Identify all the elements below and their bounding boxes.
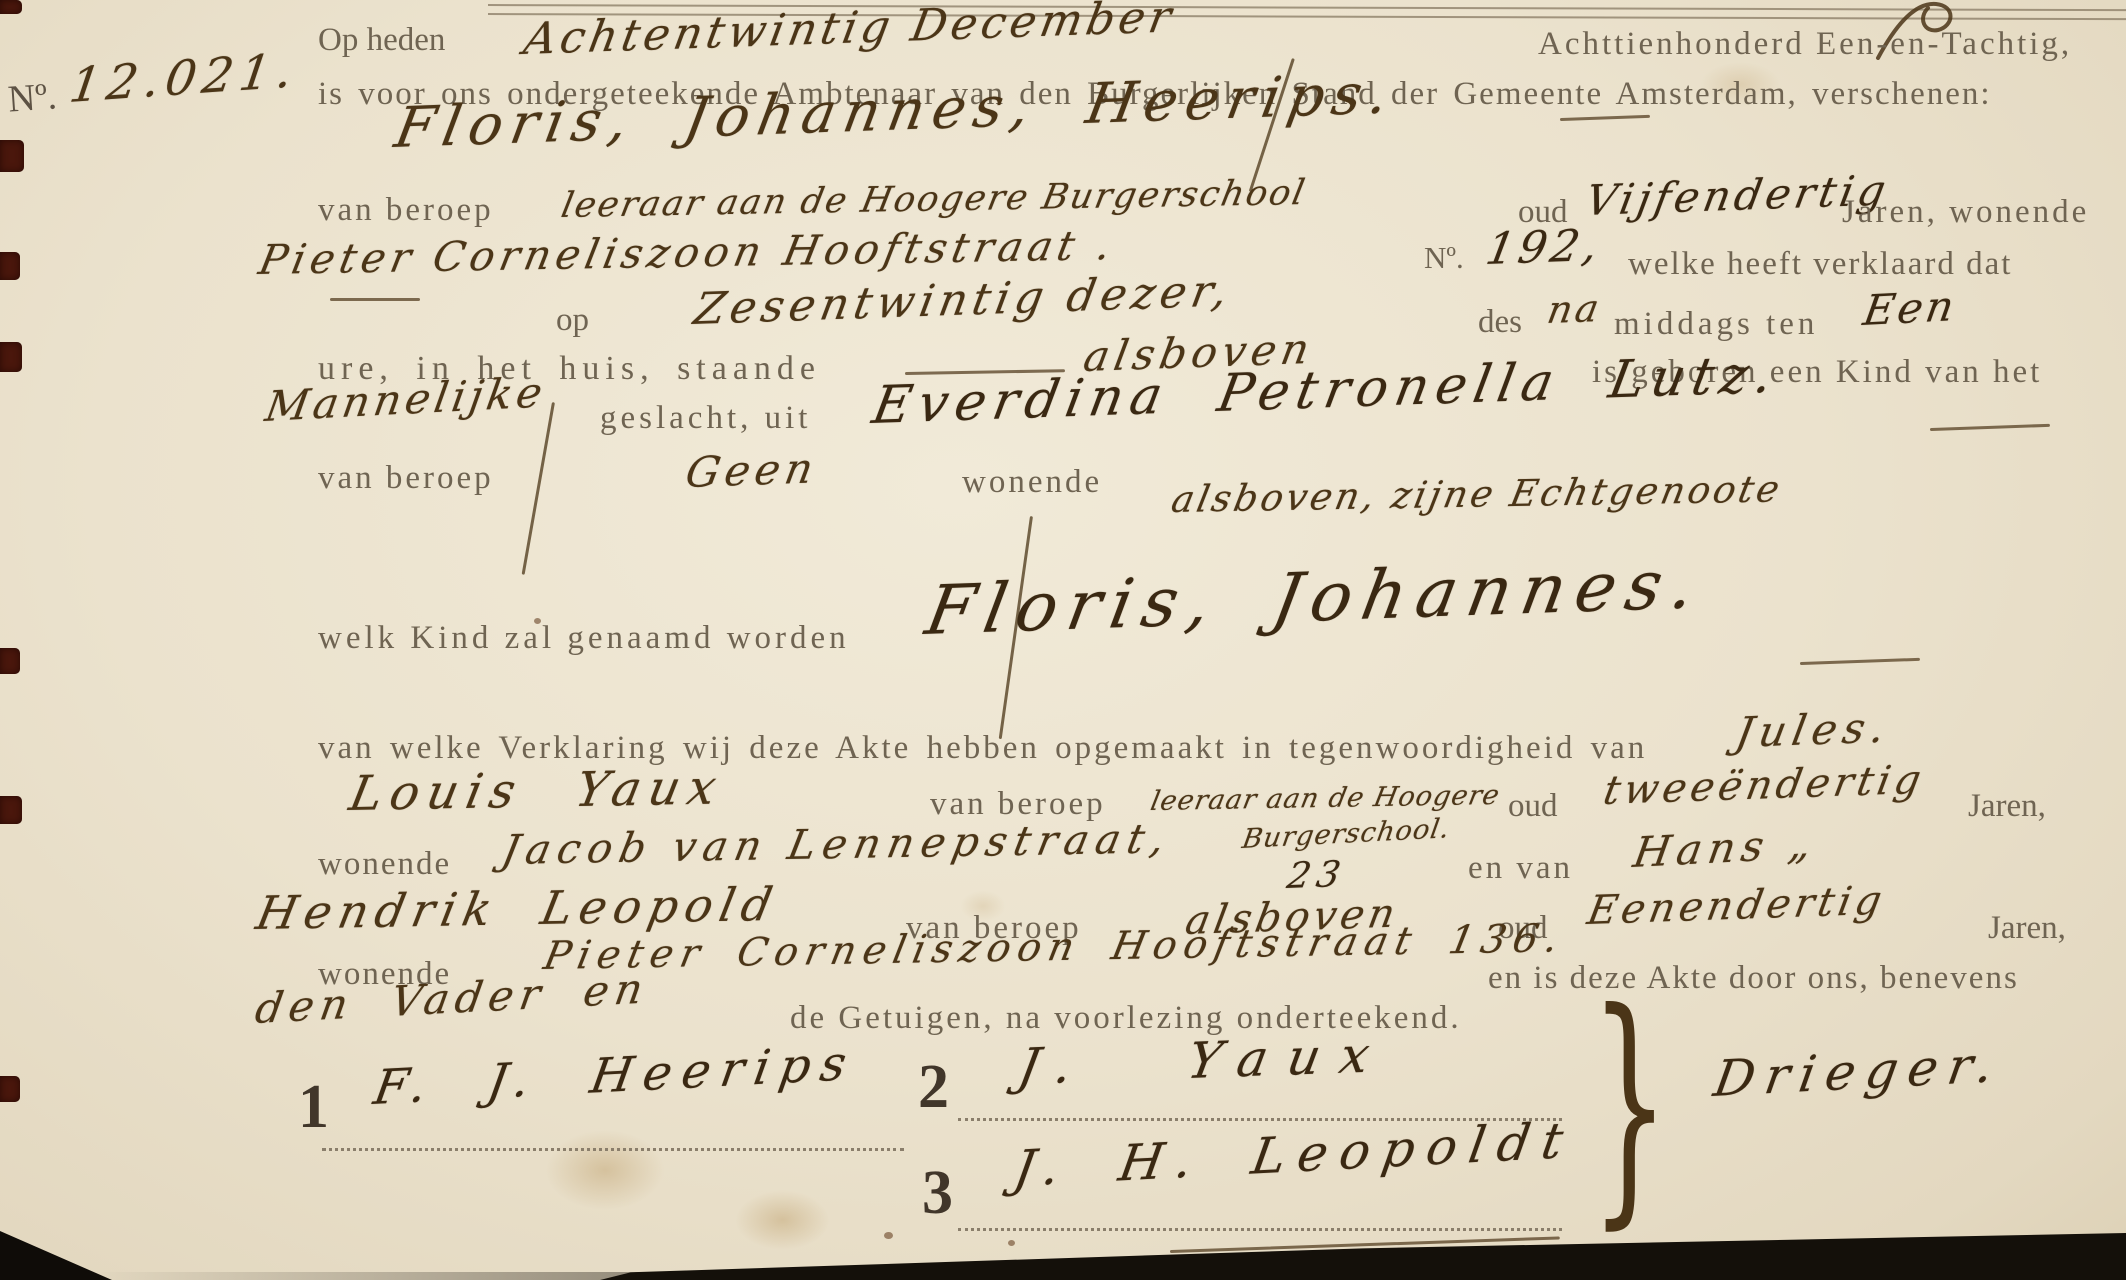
binding-mark bbox=[0, 1076, 20, 1102]
signature-number-3: 3 bbox=[922, 1158, 953, 1229]
printed-year: Achttienhonderd Een-en-Tachtig, bbox=[1538, 26, 2072, 63]
ink-stroke bbox=[522, 402, 555, 575]
hw-vader: den Vader en bbox=[252, 964, 652, 1033]
hw-date: Achtentwintig December bbox=[520, 0, 1179, 65]
ink-dash bbox=[1930, 424, 2050, 431]
hw-witness2-age: Eenendertig bbox=[1584, 878, 1889, 934]
paper-speck bbox=[1008, 1240, 1015, 1246]
ink-dash bbox=[330, 298, 420, 301]
printed-jaren-wonende: Jaren, wonende bbox=[1842, 194, 2089, 231]
signature-witness-2: J. H. Leopoldt bbox=[1010, 1111, 1579, 1198]
hw-declarant-profession: leeraar aan de Hoogere Burgerschool bbox=[558, 173, 1310, 226]
printed-wonende-1: wonende bbox=[962, 464, 1102, 501]
hw-witness1-age: tweeëndertig bbox=[1600, 757, 1928, 814]
signature-number-2: 2 bbox=[918, 1052, 949, 1123]
hw-witness1-house: 23 bbox=[1284, 854, 1349, 897]
hw-witness1-street: Jacob van Lennepstraat, bbox=[498, 814, 1176, 874]
signature-line-1 bbox=[322, 1148, 904, 1151]
printed-geslacht-uit: geslacht, uit bbox=[600, 400, 811, 437]
binding-mark bbox=[0, 648, 20, 674]
page-edge-corner bbox=[0, 1212, 112, 1280]
printed-van-beroep-2: van beroep bbox=[318, 460, 494, 497]
printed-akte-closing-a: en is deze Akte door ons, benevens bbox=[1488, 960, 2019, 997]
paper-stain bbox=[735, 1190, 830, 1250]
printed-declaration: van welke Verklaring wij deze Akte hebbe… bbox=[318, 730, 1647, 767]
hw-witness1-profession-a: leeraar aan de Hoogere bbox=[1148, 780, 1503, 817]
paper-stain bbox=[545, 1130, 665, 1210]
page-edge-shadow bbox=[90, 1272, 650, 1280]
hw-mother-name: Everdina Petronella Lutz. bbox=[868, 345, 1784, 436]
hw-witness1-first: Jules. bbox=[1732, 703, 1895, 757]
signature-witness-1: J. Yaux bbox=[1014, 1025, 1394, 1096]
printed-des: des bbox=[1478, 304, 1522, 341]
hw-witness1-name: Louis Yaux bbox=[345, 760, 729, 822]
ink-dash bbox=[1560, 115, 1650, 121]
printed-van-beroep-1: van beroep bbox=[318, 192, 494, 229]
ink-dash bbox=[1800, 658, 1920, 665]
printed-jaren-1: Jaren, bbox=[1968, 788, 2046, 825]
printed-naming: welk Kind zal genaamd worden bbox=[318, 620, 850, 657]
act-number-label: Nº. bbox=[7, 74, 59, 121]
hw-witness1-profession-b: Burgerschool. bbox=[1240, 813, 1452, 855]
printed-no-label: Nº. bbox=[1424, 240, 1464, 276]
signature-brace: } bbox=[1590, 990, 1670, 1220]
printed-en-van: en van bbox=[1468, 850, 1573, 887]
printed-oud-2: oud bbox=[1508, 788, 1558, 825]
hw-birth-date: Zesentwintig dezer, bbox=[690, 265, 1237, 335]
signature-number-1: 1 bbox=[298, 1072, 329, 1143]
signature-registrar: Drieger. bbox=[1710, 1035, 2008, 1108]
hw-child-name: Floris, Johannes. bbox=[920, 545, 1710, 651]
hw-witness2-first: Hans „ bbox=[1630, 819, 1821, 877]
printed-middags-ten: middags ten bbox=[1614, 306, 1818, 343]
printed-jaren-2: Jaren, bbox=[1988, 910, 2066, 947]
hw-house-number: 192, bbox=[1482, 220, 1606, 275]
hw-mother-residence: alsboven, zijne Echtgenoote bbox=[1168, 467, 1786, 521]
birth-certificate-page: Nº. 12.021. Op heden Achtentwintig Decem… bbox=[0, 0, 2126, 1280]
signature-declarant: F. J. Heerips bbox=[370, 1035, 860, 1116]
binding-mark bbox=[0, 796, 22, 824]
hw-mother-profession: Geen bbox=[682, 443, 822, 497]
printed-wonende-2: wonende bbox=[318, 846, 451, 883]
paper-speck bbox=[884, 1232, 893, 1239]
printed-op: op bbox=[556, 302, 589, 339]
signature-line-3 bbox=[958, 1228, 1562, 1231]
binding-mark bbox=[0, 342, 22, 372]
act-number: 12.021. bbox=[66, 42, 302, 114]
hw-hour: Een bbox=[1860, 281, 1960, 335]
printed-verklaard: welke heeft verklaard dat bbox=[1628, 246, 2012, 283]
page-edge-bottom bbox=[600, 1232, 2126, 1280]
hw-gender: Mannelijke bbox=[262, 368, 550, 431]
binding-mark bbox=[0, 0, 22, 14]
binding-mark bbox=[0, 252, 20, 280]
binding-mark bbox=[0, 140, 24, 172]
hw-daypart: na bbox=[1544, 286, 1605, 332]
printed-op-heden: Op heden bbox=[318, 22, 445, 59]
